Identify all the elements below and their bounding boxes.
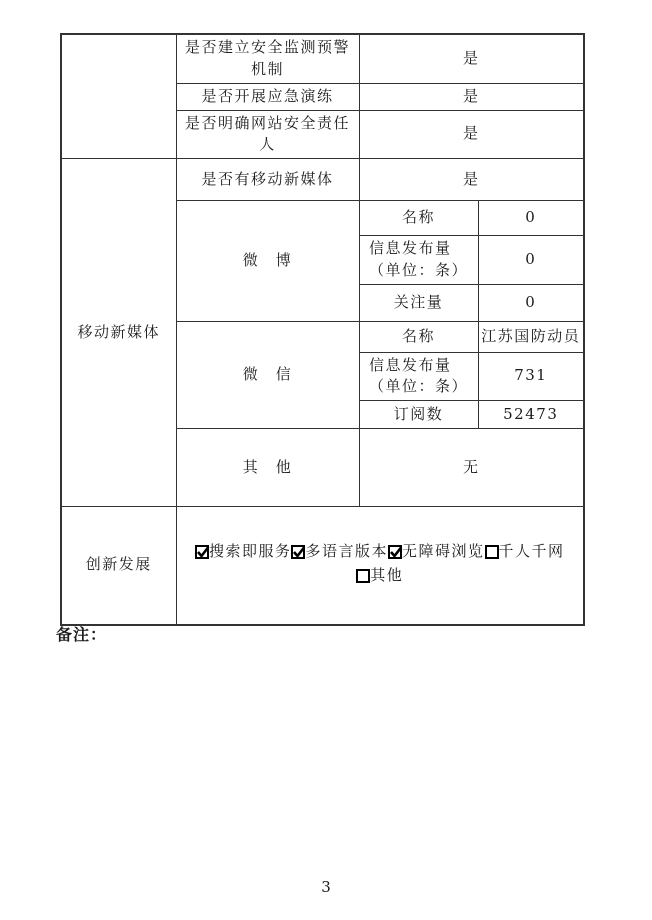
innovation-option-label: 千人千网: [499, 541, 565, 563]
wechat-posts-label-line1: 信息发布量: [369, 355, 468, 377]
security-officer-label: 是否明确网站安全责任人: [176, 110, 359, 159]
innovation-option-label: 搜索即服务: [209, 541, 292, 563]
weibo-posts-label: 信息发布量 （单位：条）: [359, 236, 478, 285]
has-mobile-media-value: 是: [359, 159, 584, 201]
innovation-option-label: 其他: [370, 565, 403, 587]
wechat-subscribers-value: 52473: [478, 401, 584, 429]
table-row: 移动新媒体 是否有移动新媒体 是: [61, 159, 584, 201]
emergency-drill-value: 是: [359, 83, 584, 110]
has-mobile-media-label: 是否有移动新媒体: [176, 159, 359, 201]
table-row: 创新发展 搜索即服务多语言版本无障碍浏览千人千网其他: [61, 507, 584, 625]
weibo-posts-label-line2: （单位：条）: [369, 260, 468, 282]
wechat-name-value: 江苏国防动员: [478, 321, 584, 352]
emergency-drill-label: 是否开展应急演练: [176, 83, 359, 110]
weibo-posts-value: 0: [478, 236, 584, 285]
table-row: 是否建立安全监测预警机制 是: [61, 34, 584, 83]
innovation-option: 千人千网: [485, 541, 565, 563]
innovation-option: 无障碍浏览: [388, 541, 485, 563]
checked-checkbox-icon[interactable]: [291, 545, 305, 559]
annual-report-table: 是否建立安全监测预警机制 是 是否开展应急演练 是 是否明确网站安全责任人 是 …: [60, 33, 585, 626]
other-media-label: 其 他: [176, 429, 359, 507]
unchecked-checkbox-icon[interactable]: [356, 569, 370, 583]
notes-label: 备注：: [56, 622, 107, 645]
unchecked-checkbox-icon[interactable]: [485, 545, 499, 559]
category-mobile-media: 移动新媒体: [61, 159, 176, 507]
wechat-posts-value: 731: [478, 352, 584, 401]
wechat-name-label: 名称: [359, 321, 478, 352]
page-number: 3: [0, 878, 652, 896]
innovation-option: 其他: [356, 565, 403, 587]
weibo-followers-value: 0: [478, 284, 584, 321]
other-media-value: 无: [359, 429, 584, 507]
category-innovation: 创新发展: [61, 507, 176, 625]
innovation-options: 搜索即服务多语言版本无障碍浏览千人千网其他: [176, 507, 584, 625]
innovation-option: 搜索即服务: [195, 541, 292, 563]
innovation-option-label: 多语言版本: [305, 541, 388, 563]
weibo-posts-label-line1: 信息发布量: [369, 238, 468, 260]
checked-checkbox-icon[interactable]: [388, 545, 402, 559]
security-monitor-label: 是否建立安全监测预警机制: [176, 34, 359, 83]
wechat-cell: 微 信: [176, 321, 359, 429]
weibo-followers-label: 关注量: [359, 284, 478, 321]
wechat-subscribers-label: 订阅数: [359, 401, 478, 429]
innovation-option: 多语言版本: [291, 541, 388, 563]
weibo-name-value: 0: [478, 201, 584, 236]
weibo-cell: 微 博: [176, 201, 359, 322]
checked-checkbox-icon[interactable]: [195, 545, 209, 559]
security-officer-value: 是: [359, 110, 584, 159]
category-cell-empty: [61, 34, 176, 159]
innovation-option-label: 无障碍浏览: [402, 541, 485, 563]
wechat-posts-label: 信息发布量 （单位：条）: [359, 352, 478, 401]
security-monitor-value: 是: [359, 34, 584, 83]
weibo-name-label: 名称: [359, 201, 478, 236]
wechat-posts-label-line2: （单位：条）: [369, 376, 468, 398]
